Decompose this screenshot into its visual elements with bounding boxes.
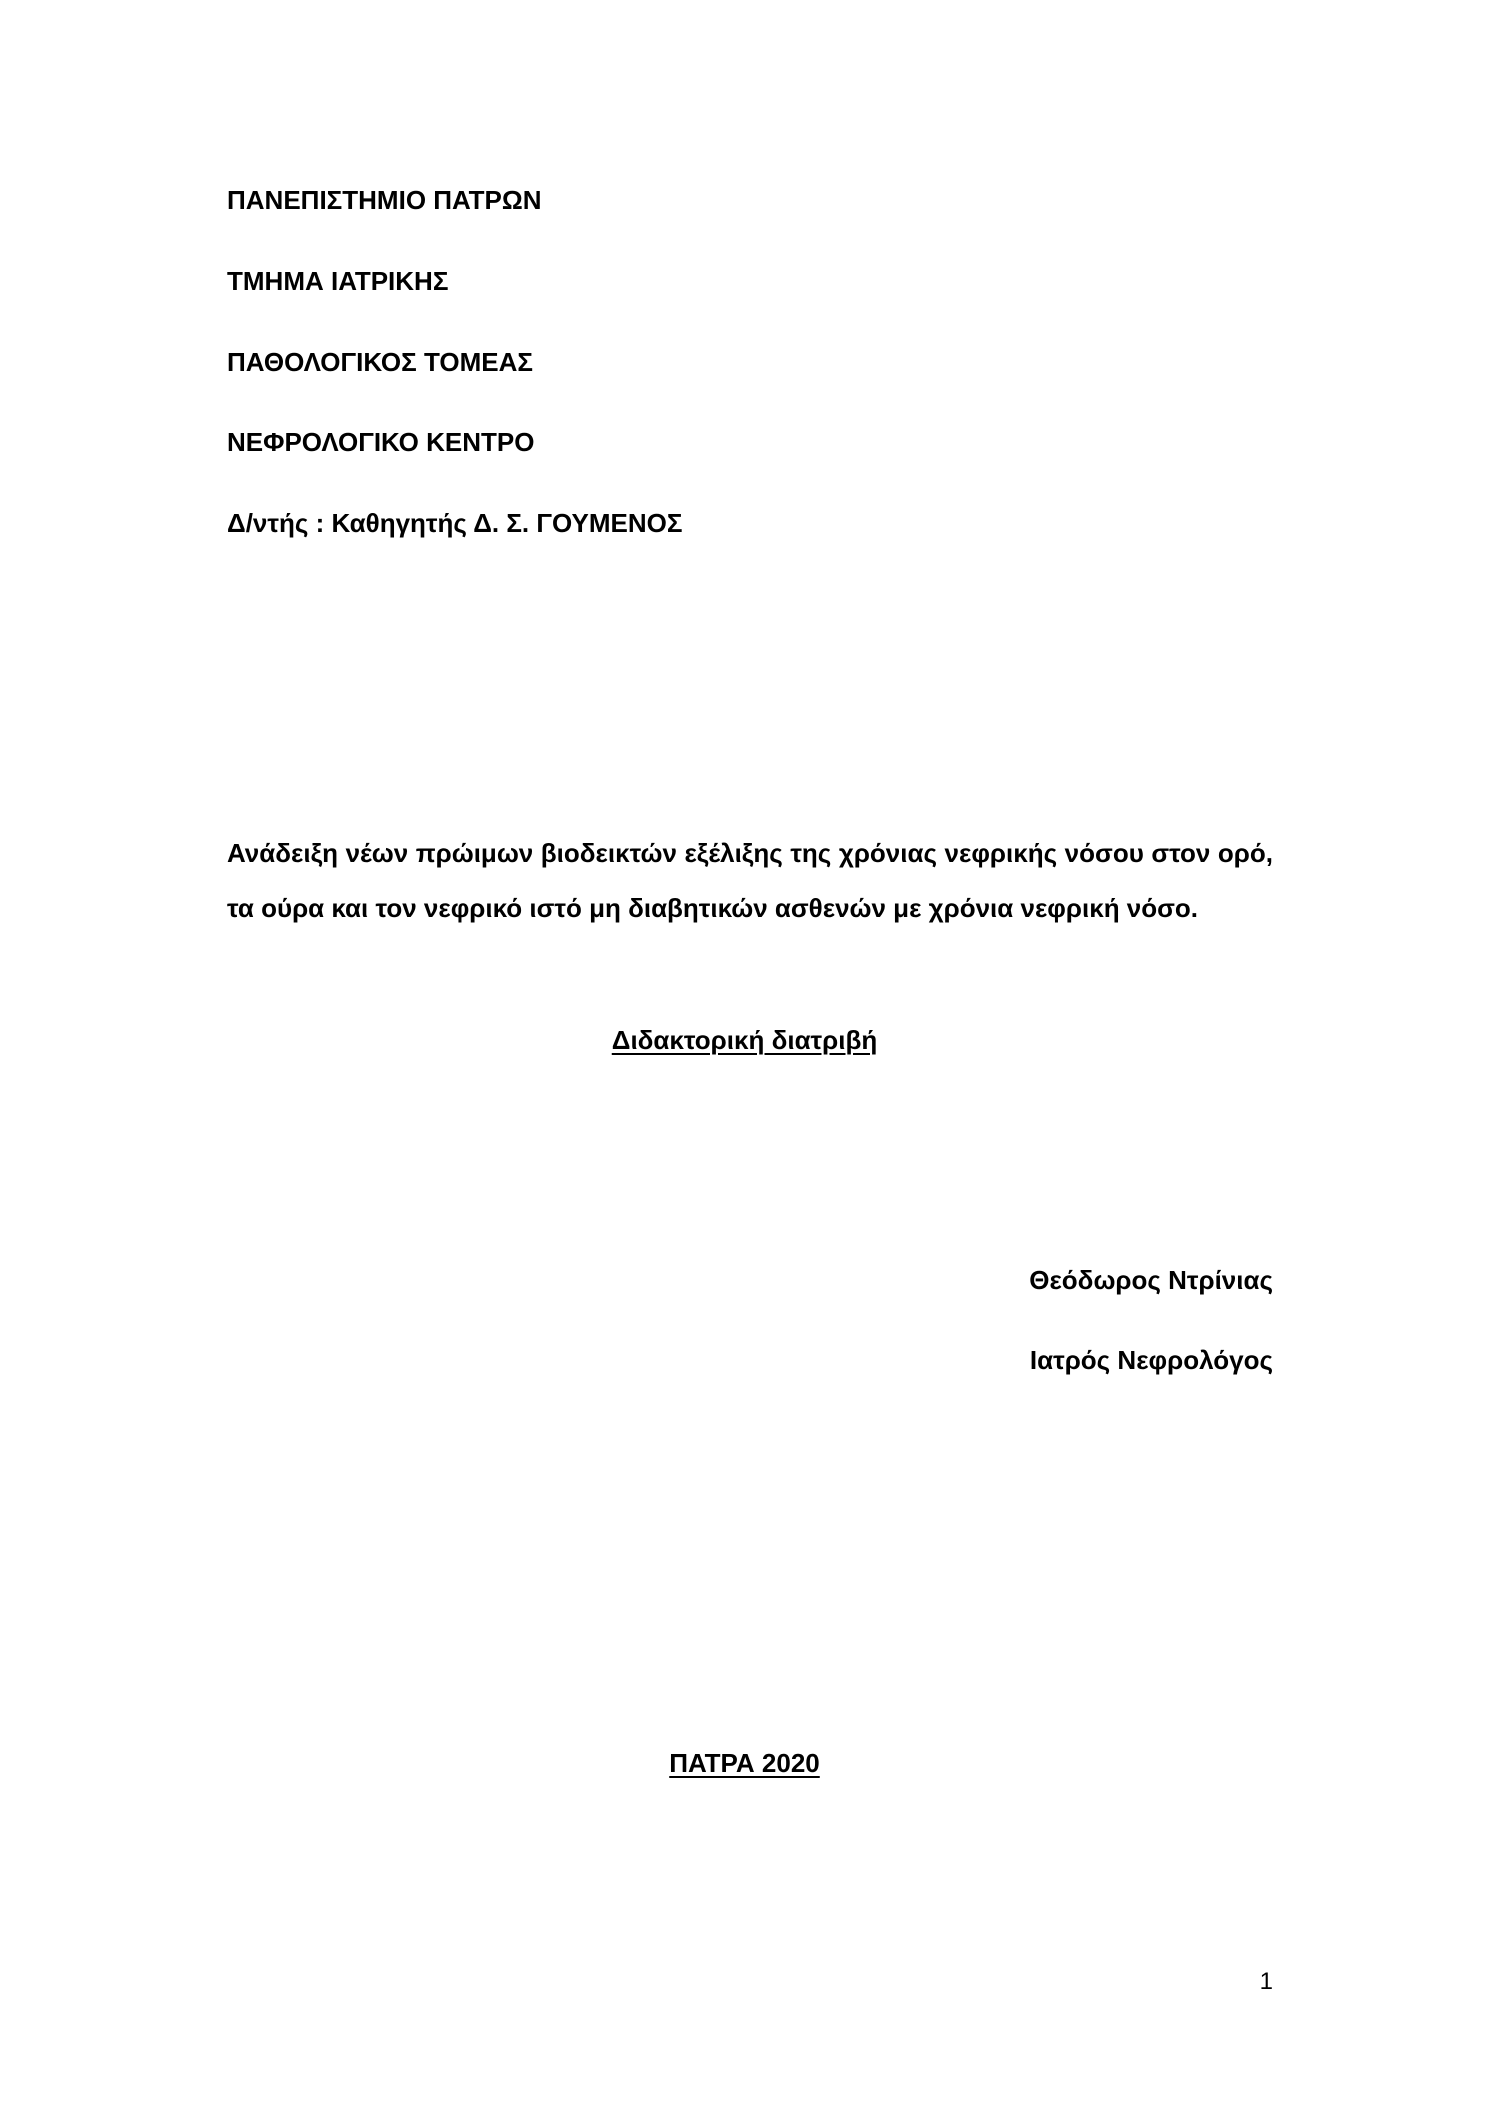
center-name: ΝΕΦΡΟΛΟΓΙΚΟ ΚΕΝΤΡΟ xyxy=(227,426,534,458)
thesis-type: Διδακτορική διατριβή xyxy=(0,1024,1489,1056)
place-year-label: ΠΑΤΡΑ 2020 xyxy=(669,1748,820,1778)
thesis-type-label: Διδακτορική διατριβή xyxy=(612,1025,877,1055)
author-role: Ιατρός Νεφρολόγος xyxy=(1030,1344,1273,1376)
department-name: ΤΜΗΜΑ ΙΑΤΡΙΚΗΣ xyxy=(227,265,448,297)
division-name: ΠΑΘΟΛΟΓΙΚΟΣ ΤΟΜΕΑΣ xyxy=(227,346,533,378)
university-name: ΠΑΝΕΠΙΣΤΗΜΙΟ ΠΑΤΡΩΝ xyxy=(227,184,542,216)
director-line: Δ/ντής : Καθηγητής Δ. Σ. ΓΟΥΜΕΝΟΣ xyxy=(227,507,682,539)
page-number: 1 xyxy=(1260,1968,1273,1996)
author-name: Θεόδωρος Ντρίνιας xyxy=(1029,1264,1273,1296)
place-year: ΠΑΤΡΑ 2020 xyxy=(0,1747,1489,1779)
thesis-title: Ανάδειξη νέων πρώιμων βιοδεικτών εξέλιξη… xyxy=(227,826,1273,936)
